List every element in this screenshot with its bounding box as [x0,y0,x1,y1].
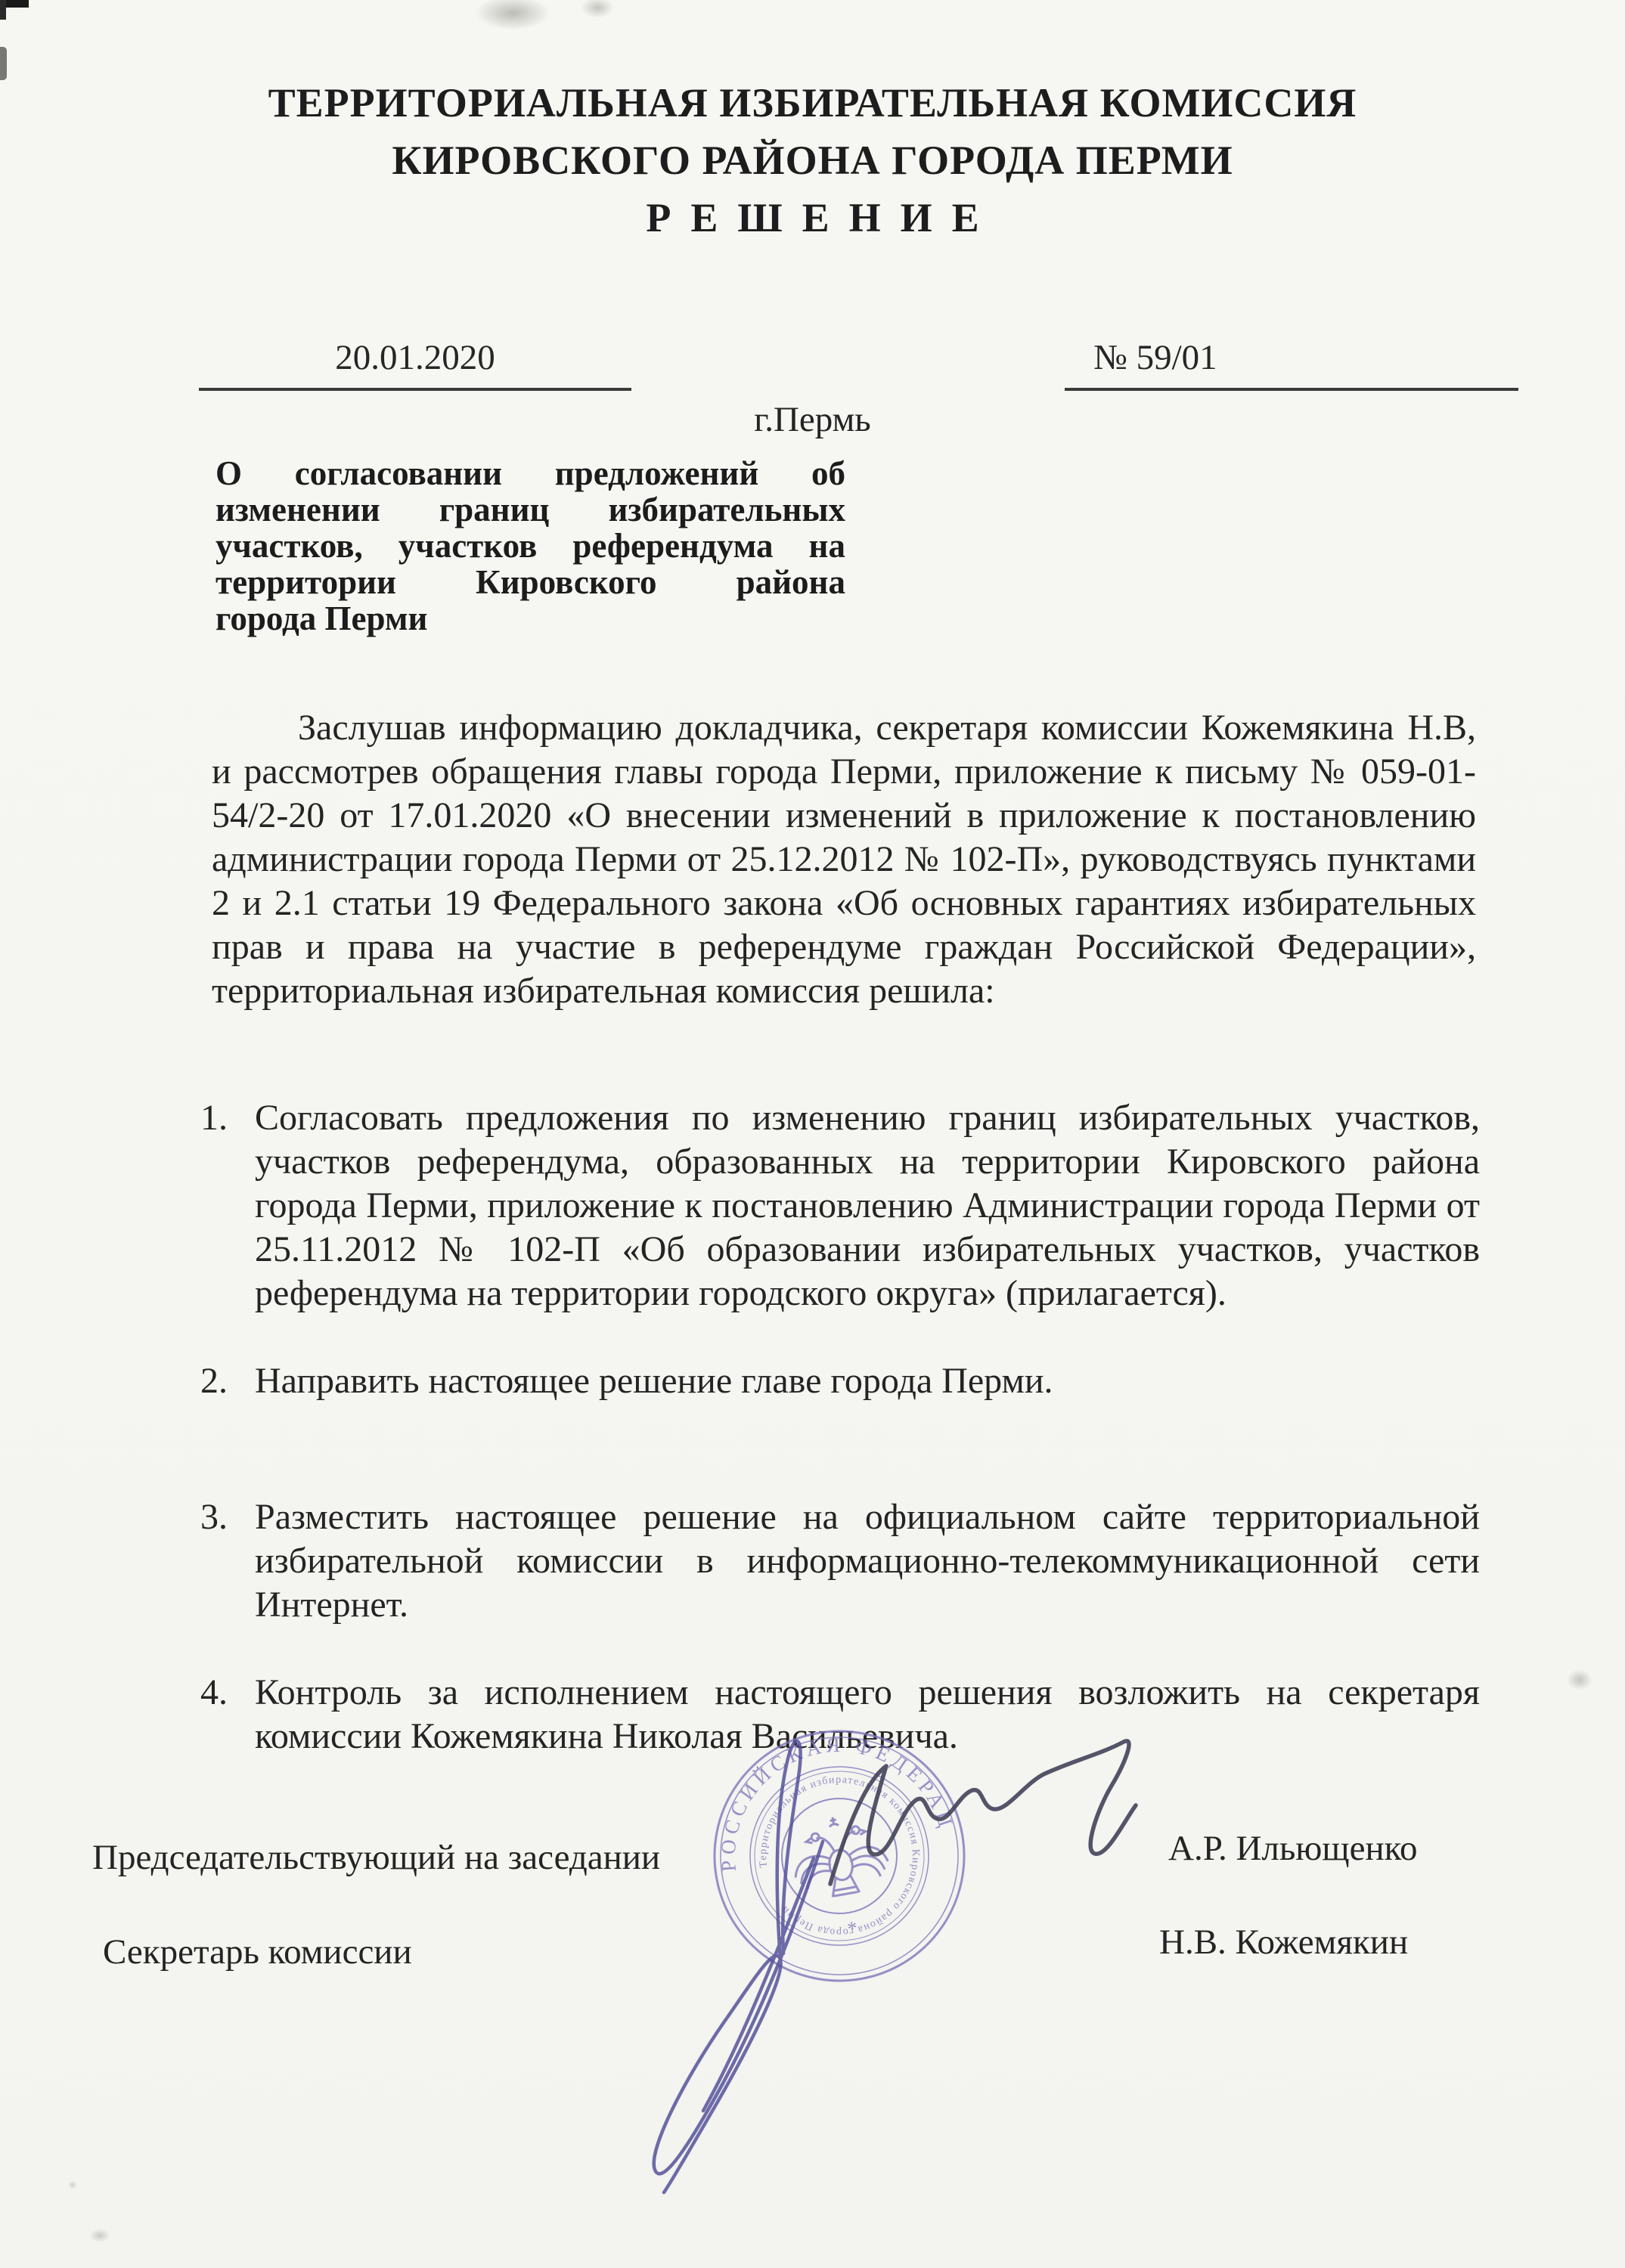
commission-title-line1: ТЕРРИТОРИАЛЬНАЯ ИЗБИРАТЕЛЬНАЯ КОМИССИЯ [0,74,1625,132]
scan-smudge [475,0,550,30]
list-item: 1. Согласовать предложения по изменению … [200,1096,1480,1315]
document-type-title: РЕШЕНИЕ [0,189,1625,246]
scan-smudge [0,0,6,20]
subject-line: территории Кировского района [216,564,845,600]
signature-role-chairman: Председательствующий на заседании [92,1837,660,1878]
scanned-document-page: ТЕРРИТОРИАЛЬНАЯ ИЗБИРАТЕЛЬНАЯ КОМИССИЯ К… [0,0,1625,2268]
item-number: 3. [200,1495,255,1627]
document-number: № 59/01 [1065,337,1518,391]
scan-smudge [1567,1669,1592,1690]
scan-smudge [89,2229,110,2242]
stamp-and-signatures: РОССИЙСКАЯ ФЕДЕРАЦИЯ Территориальная изб… [590,1693,1210,2238]
scan-smudge [68,2180,77,2189]
scan-smudge [581,0,614,18]
item-text: Разместить настоящее решение на официаль… [255,1495,1480,1627]
subject-line: О согласовании предложений об [216,455,845,491]
document-subject: О согласовании предложений об изменении … [216,455,845,637]
item-text: Направить настоящее решение главе города… [255,1359,1480,1403]
decision-list: 1. Согласовать предложения по изменению … [200,1096,1480,1758]
preamble-paragraph: Заслушав информацию докладчика, секретар… [212,706,1476,1013]
subject-line: изменении границ избирательных [216,491,845,528]
commission-title-line2: КИРОВСКОГО РАЙОНА ГОРОДА ПЕРМИ [0,132,1625,189]
list-item: 2. Направить настоящее решение главе гор… [200,1359,1480,1403]
item-number: 1. [200,1096,255,1315]
subject-line: участков, участков референдума на [216,528,845,564]
document-header: ТЕРРИТОРИАЛЬНАЯ ИЗБИРАТЕЛЬНАЯ КОМИССИЯ К… [0,74,1625,246]
item-text: Согласовать предложения по изменению гра… [255,1096,1480,1315]
document-city: г.Пермь [0,399,1625,440]
item-number: 2. [200,1359,255,1403]
subject-line: города Перми [216,600,845,637]
signature-role-secretary: Секретарь комиссии [103,1932,412,1972]
item-number: 4. [200,1671,255,1758]
document-date: 20.01.2020 [199,337,631,391]
list-item: 3. Разместить настоящее решение на офици… [200,1495,1480,1627]
